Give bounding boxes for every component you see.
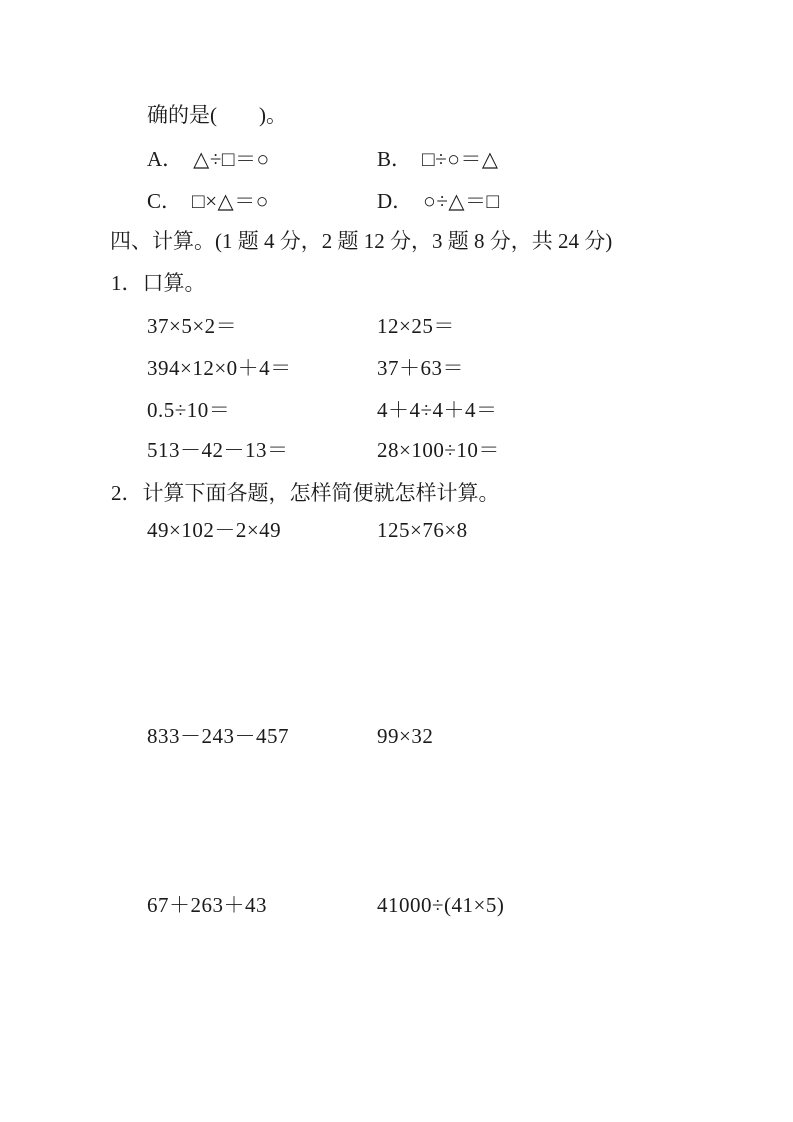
- choice-d-expression: ○÷△＝□: [423, 189, 500, 213]
- oral-problem: 394×12×0＋4＝: [147, 355, 292, 381]
- oral-problem: 4＋4÷4＋4＝: [377, 397, 498, 423]
- choice-c-expression: □×△＝○: [192, 189, 269, 213]
- choice-option-a: A．△÷□＝○: [147, 146, 270, 172]
- oral-problem: 0.5÷10＝: [147, 397, 230, 423]
- oral-problem: 12×25＝: [377, 313, 455, 339]
- oral-problem: 28×100÷10＝: [377, 437, 500, 463]
- simplify-problem: 49×102－2×49: [147, 517, 281, 543]
- choice-a-label: A．: [147, 146, 183, 172]
- section-4-heading: 四、计算。(1 题 4 分，2 题 12 分，3 题 8 分，共 24 分): [110, 228, 612, 254]
- choice-b-label: B．: [377, 146, 412, 172]
- simplify-problem: 67＋263＋43: [147, 892, 267, 918]
- oral-problem: 37＋63＝: [377, 355, 464, 381]
- item-1-label: 1．口算。: [111, 270, 206, 296]
- oral-problem: 37×5×2＝: [147, 313, 237, 339]
- item-2-label: 2．计算下面各题，怎样简便就怎样计算。: [111, 480, 500, 506]
- choice-option-d: D．○÷△＝□: [377, 188, 500, 214]
- simplify-problem: 41000÷(41×5): [377, 892, 504, 918]
- choice-c-label: C．: [147, 188, 182, 214]
- choice-d-label: D．: [377, 188, 413, 214]
- simplify-problem: 833－243－457: [147, 723, 289, 749]
- choice-option-c: C．□×△＝○: [147, 188, 269, 214]
- simplify-problem: 99×32: [377, 723, 433, 749]
- choice-b-expression: □÷○＝△: [422, 147, 499, 171]
- simplify-problem: 125×76×8: [377, 517, 468, 543]
- choice-option-b: B．□÷○＝△: [377, 146, 499, 172]
- choice-a-expression: △÷□＝○: [193, 147, 270, 171]
- oral-problem: 513－42－13＝: [147, 437, 289, 463]
- exam-page: 确的是( )。 A．△÷□＝○ B．□÷○＝△ C．□×△＝○ D．○÷△＝□ …: [0, 0, 793, 1122]
- question-tail-text: 确的是( )。: [147, 102, 287, 128]
